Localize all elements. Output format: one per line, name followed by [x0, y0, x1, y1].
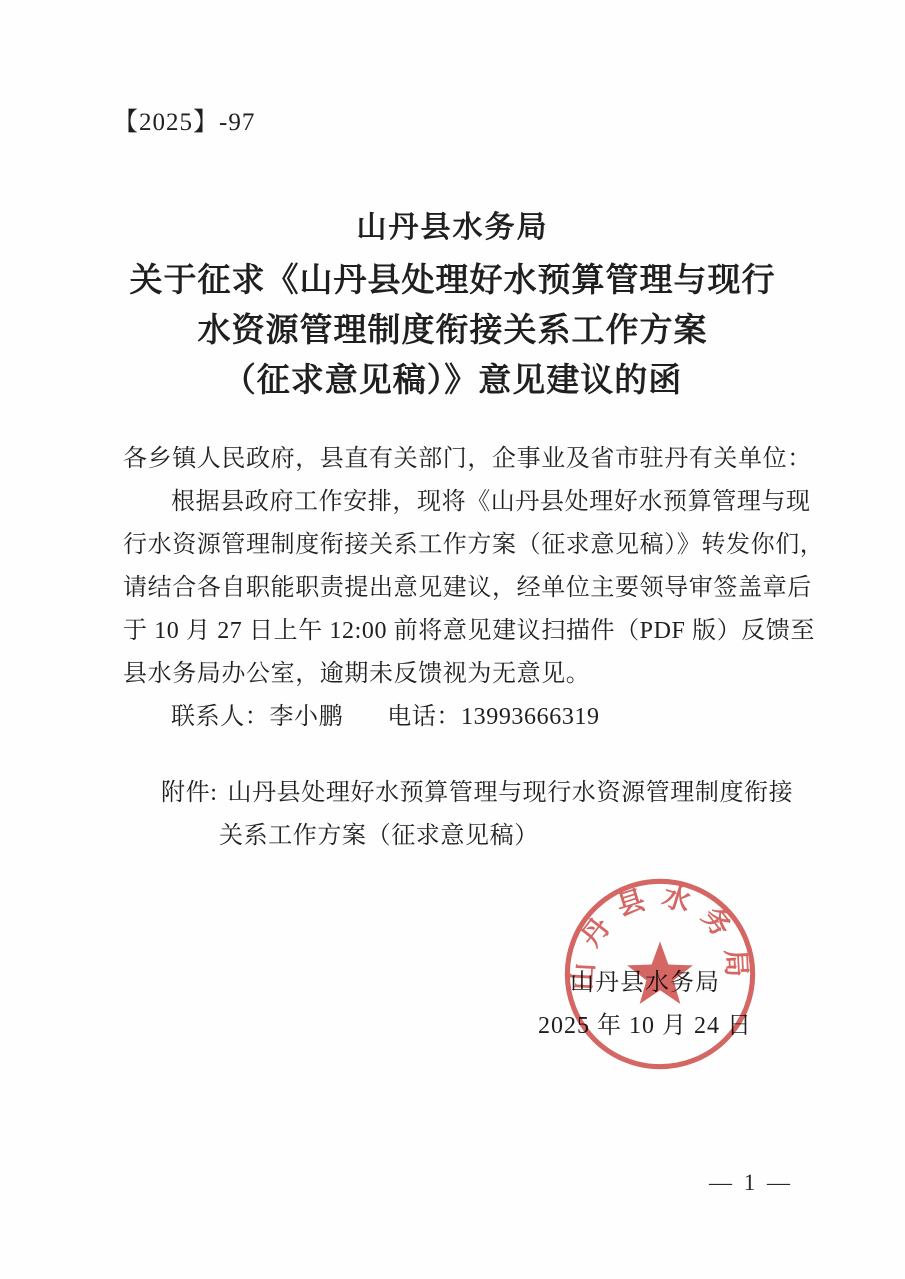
paragraph-line: 于 10 月 27 日上午 12:00 前将意见建议扫描件（PDF 版）反馈至	[123, 610, 791, 653]
attachment-line-1: 附件:山丹县处理好水预算管理与现行水资源管理制度衔接	[161, 772, 801, 815]
paragraph-line: 县水务局办公室，逾期未反馈视为无意见。	[123, 653, 791, 696]
signature-date: 2025 年 10 月 24 日	[505, 1005, 785, 1048]
signature-org: 山丹县水务局	[505, 962, 785, 1005]
contact-phone-label: 电话：	[387, 704, 461, 730]
title-line-3: 水资源管理制度衔接关系工作方案	[0, 306, 905, 356]
paragraph-line: 根据县政府工作安排，现将《山丹县处理好水预算管理与现	[123, 481, 791, 524]
paragraph-line: 行水资源管理制度衔接关系工作方案（征求意见稿）》转发你们，	[123, 524, 791, 567]
title-line-org: 山丹县水务局	[0, 200, 905, 256]
attachment-title-part2: 关系工作方案（征求意见稿）	[161, 815, 801, 858]
document-title: 山丹县水务局 关于征求《山丹县处理好水预算管理与现行 水资源管理制度衔接关系工作…	[0, 200, 905, 406]
title-line-4: （征求意见稿）》意见建议的函	[0, 356, 905, 406]
title-line-2: 关于征求《山丹县处理好水预算管理与现行	[0, 256, 905, 306]
contact-person-name: 李小鹏	[269, 704, 343, 730]
signature-block: 山丹县水务局 2025 年 10 月 24 日	[505, 962, 785, 1048]
page-number: — 1 —	[709, 1170, 793, 1196]
salutation-line: 各乡镇人民政府，县直有关部门，企事业及省市驻丹有关单位：	[123, 438, 791, 481]
attachment-title-part1: 山丹县处理好水预算管理与现行水资源管理制度衔接	[227, 780, 793, 806]
contact-line: 联系人：李小鹏电话：13993666319	[123, 696, 791, 739]
contact-person-label: 联系人：	[171, 704, 269, 730]
attachment-label: 附件:	[161, 780, 217, 806]
document-page: 【2025】-97 山丹县水务局 关于征求《山丹县处理好水预算管理与现行 水资源…	[0, 0, 905, 1279]
attachment-section: 附件:山丹县处理好水预算管理与现行水资源管理制度衔接 关系工作方案（征求意见稿）	[161, 772, 801, 858]
paragraph-line: 请结合各自职能职责提出意见建议，经单位主要领导审签盖章后	[123, 567, 791, 610]
contact-phone-number: 13993666319	[461, 704, 600, 730]
doc-number: 【2025】-97	[113, 102, 255, 138]
document-body: 各乡镇人民政府，县直有关部门，企事业及省市驻丹有关单位： 根据县政府工作安排，现…	[123, 438, 791, 739]
